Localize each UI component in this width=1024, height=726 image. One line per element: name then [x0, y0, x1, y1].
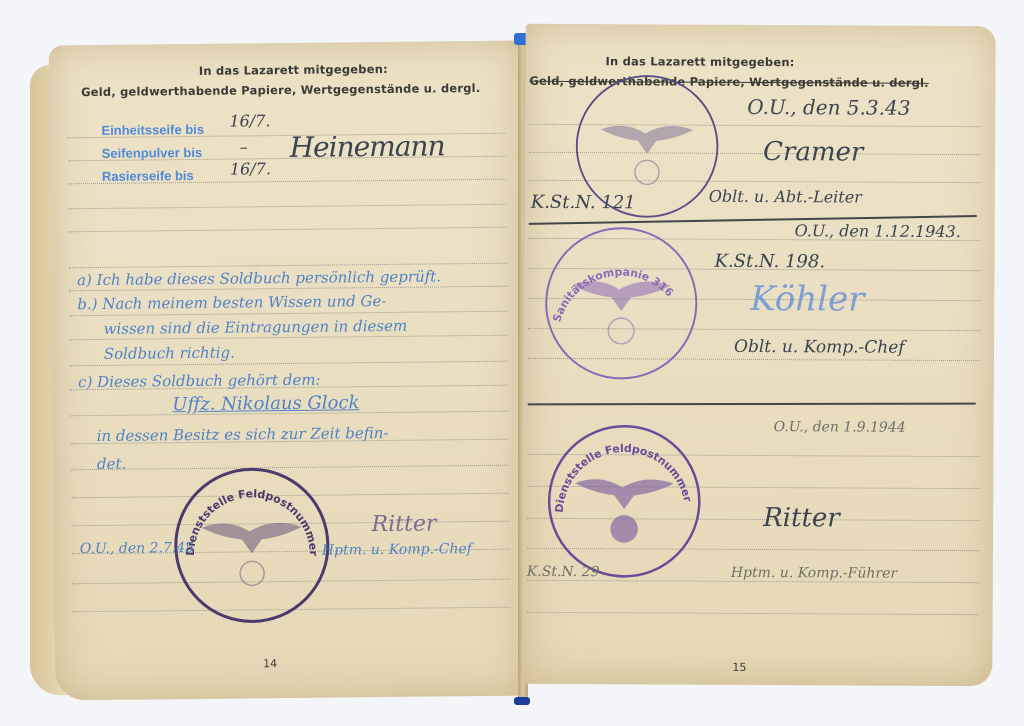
right-page: In das Lazarett mitgegeben: Geld, geldwe…	[522, 24, 995, 686]
statement-line: in dessen Besitz es sich zur Zeit befin-	[97, 424, 389, 445]
entry-kstn: K.St.N. 121	[531, 192, 636, 214]
entry-signature: Ritter	[763, 503, 840, 533]
statement-line: b.) Nach meinem besten Wissen und Ge-	[77, 292, 386, 313]
soap-label-rasierseife: Rasierseife bis	[102, 168, 194, 184]
signature-top: Heinemann	[289, 129, 444, 164]
statement-line: a) Ich habe dieses Soldbuch persönlich g…	[77, 267, 441, 289]
soap-label-einheitsseife: Einheitsseife bis	[101, 122, 204, 138]
entry-place-date: O.U., den 1.12.1943.	[795, 221, 961, 241]
verification-statement: a) Ich habe dieses Soldbuch persönlich g…	[49, 41, 519, 46]
soldbuch-spread: In das Lazarett mitgegeben: Geld, geldwe…	[30, 25, 1015, 705]
statement-line: wissen sind die Eintragungen in diesem	[103, 317, 407, 338]
right-header-line1: In das Lazarett mitgegeben:	[605, 54, 794, 69]
soldier-name: Uffz. Nikolaus Glock	[172, 392, 359, 415]
soap-value-einheitsseife: 16/7.	[229, 111, 270, 130]
right-entry-1: O.U., den 5.3.43 Cramer K.St.N. 121 Oblt…	[526, 24, 996, 26]
eagle-icon	[202, 523, 302, 554]
eagle-icon	[575, 479, 674, 509]
entry-kstn: K.St.N. 29	[527, 564, 600, 580]
left-page: In das Lazarett mitgegeben: Geld, geldwe…	[49, 41, 526, 701]
official-seal: Dienststelle Feldpostnummer	[171, 465, 333, 627]
eagle-icon	[601, 126, 694, 154]
soap-ration-block: Einheitsseife bis 16/7. Seifenpulver bis…	[49, 41, 519, 46]
right-entry-3: O.U., den 1.9.1944 Dienststelle Feldpost…	[526, 24, 996, 26]
left-place-date: O.U., den 2.7.45	[80, 540, 194, 557]
entry-rank-title: Oblt. u. Komp.-Chef	[734, 337, 905, 358]
soap-value-seifenpulver: –	[240, 137, 248, 156]
entry-divider	[528, 403, 976, 406]
entry-signature: Cramer	[763, 137, 863, 168]
soap-value-rasierseife: 16/7.	[230, 159, 271, 178]
entry-place-date: O.U., den 5.3.43	[747, 95, 910, 120]
entry-rank-title: Oblt. u. Abt.-Leiter	[709, 187, 862, 207]
soap-label-seifenpulver: Seifenpulver bis	[102, 145, 203, 161]
left-rank-title: Hptm. u. Komp.-Chef	[322, 541, 472, 559]
entry-kstn: K.St.N. 198.	[714, 251, 825, 273]
left-header-line1: In das Lazarett mitgegeben:	[199, 62, 388, 78]
page-number-left: 14	[263, 657, 277, 670]
official-seal: Sanitätskompanie 316	[542, 224, 701, 383]
entry-rank-title: Hptm. u. Komp.-Führer	[731, 565, 897, 582]
entry-signature: Köhler	[750, 279, 864, 320]
official-seal: Dienststelle Feldpostnummer	[545, 422, 704, 581]
statement-line: det.	[97, 455, 126, 473]
left-header-line2: Geld, geldwerthabende Papiere, Wertgegen…	[81, 81, 480, 99]
right-entry-2: Sanitätskompanie 316 O.U., den 1.12.1943…	[526, 24, 996, 26]
page-number-right: 15	[732, 661, 746, 674]
blue-binding-thread	[514, 697, 530, 705]
left-signature: Ritter	[371, 511, 436, 537]
entry-place-date: O.U., den 1.9.1944	[774, 419, 906, 436]
statement-line: Soldbuch richtig.	[104, 344, 235, 363]
statement-line: c) Dieses Soldbuch gehört dem:	[78, 371, 321, 392]
